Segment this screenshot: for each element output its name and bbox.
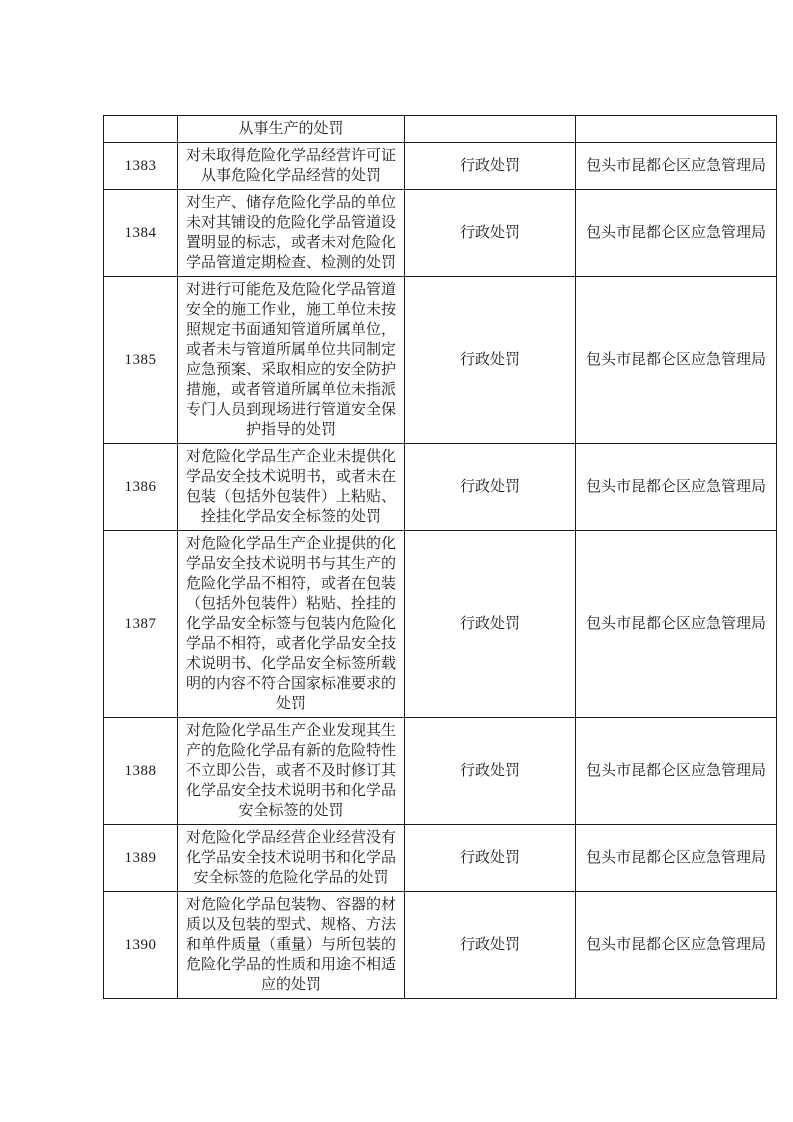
row-description: 对危险化学品包装物、容器的材 质以及包装的型式、规格、方法 和单件质量（重量）与…: [178, 892, 405, 999]
row-description: 从事生产的处罚: [178, 116, 405, 143]
row-penalty-type: 行政处罚: [405, 531, 576, 718]
row-number: [104, 116, 178, 143]
row-penalty-type: 行政处罚: [405, 718, 576, 825]
row-authority: 包头市昆都仑区应急管理局: [576, 444, 777, 531]
table-row: 1386 对危险化学品生产企业未提供化 学品安全技术说明书，或者未在 包装（包括…: [104, 444, 777, 531]
row-number: 1385: [104, 277, 178, 444]
row-authority: 包头市昆都仑区应急管理局: [576, 718, 777, 825]
row-description: 对进行可能危及危险化学品管道 安全的施工作业，施工单位未按 照规定书面通知管道所…: [178, 277, 405, 444]
row-number: 1383: [104, 143, 178, 190]
row-penalty-type: 行政处罚: [405, 277, 576, 444]
row-authority: 包头市昆都仑区应急管理局: [576, 825, 777, 892]
row-penalty-type: 行政处罚: [405, 825, 576, 892]
row-description: 对生产、储存危险化学品的单位 未对其铺设的危险化学品管道设 置明显的标志，或者未…: [178, 190, 405, 277]
table-row: 1387 对危险化学品生产企业提供的化 学品安全技术说明书与其生产的 危险化学品…: [104, 531, 777, 718]
table-row: 1383 对未取得危险化学品经营许可证 从事危险化学品经营的处罚 行政处罚 包头…: [104, 143, 777, 190]
row-penalty-type: 行政处罚: [405, 444, 576, 531]
row-authority: 包头市昆都仑区应急管理局: [576, 190, 777, 277]
penalty-table-body: 从事生产的处罚 1383 对未取得危险化学品经营许可证 从事危险化学品经营的处罚…: [104, 116, 777, 999]
row-authority: [576, 116, 777, 143]
table-row: 1389 对危险化学品经营企业经营没有 化学品安全技术说明书和化学品 安全标签的…: [104, 825, 777, 892]
table-row: 1384 对生产、储存危险化学品的单位 未对其铺设的危险化学品管道设 置明显的标…: [104, 190, 777, 277]
table-row: 1388 对危险化学品生产企业发现其生 产的危险化学品有新的危险特性 不立即公告…: [104, 718, 777, 825]
row-penalty-type: 行政处罚: [405, 143, 576, 190]
row-number: 1390: [104, 892, 178, 999]
row-penalty-type: 行政处罚: [405, 190, 576, 277]
row-number: 1386: [104, 444, 178, 531]
row-description: 对未取得危险化学品经营许可证 从事危险化学品经营的处罚: [178, 143, 405, 190]
table-row-continuation: 从事生产的处罚: [104, 116, 777, 143]
row-number: 1387: [104, 531, 178, 718]
table-row: 1390 对危险化学品包装物、容器的材 质以及包装的型式、规格、方法 和单件质量…: [104, 892, 777, 999]
penalty-items-table: 从事生产的处罚 1383 对未取得危险化学品经营许可证 从事危险化学品经营的处罚…: [103, 115, 777, 999]
row-number: 1389: [104, 825, 178, 892]
row-authority: 包头市昆都仑区应急管理局: [576, 143, 777, 190]
row-authority: 包头市昆都仑区应急管理局: [576, 531, 777, 718]
row-authority: 包头市昆都仑区应急管理局: [576, 277, 777, 444]
document-page: 从事生产的处罚 1383 对未取得危险化学品经营许可证 从事危险化学品经营的处罚…: [0, 0, 793, 1122]
row-description: 对危险化学品生产企业未提供化 学品安全技术说明书，或者未在 包装（包括外包装件）…: [178, 444, 405, 531]
row-description: 对危险化学品经营企业经营没有 化学品安全技术说明书和化学品 安全标签的危险化学品…: [178, 825, 405, 892]
row-description: 对危险化学品生产企业提供的化 学品安全技术说明书与其生产的 危险化学品不相符，或…: [178, 531, 405, 718]
row-description: 对危险化学品生产企业发现其生 产的危险化学品有新的危险特性 不立即公告，或者不及…: [178, 718, 405, 825]
row-penalty-type: 行政处罚: [405, 892, 576, 999]
row-authority: 包头市昆都仑区应急管理局: [576, 892, 777, 999]
row-number: 1388: [104, 718, 178, 825]
table-row: 1385 对进行可能危及危险化学品管道 安全的施工作业，施工单位未按 照规定书面…: [104, 277, 777, 444]
row-number: 1384: [104, 190, 178, 277]
row-penalty-type: [405, 116, 576, 143]
